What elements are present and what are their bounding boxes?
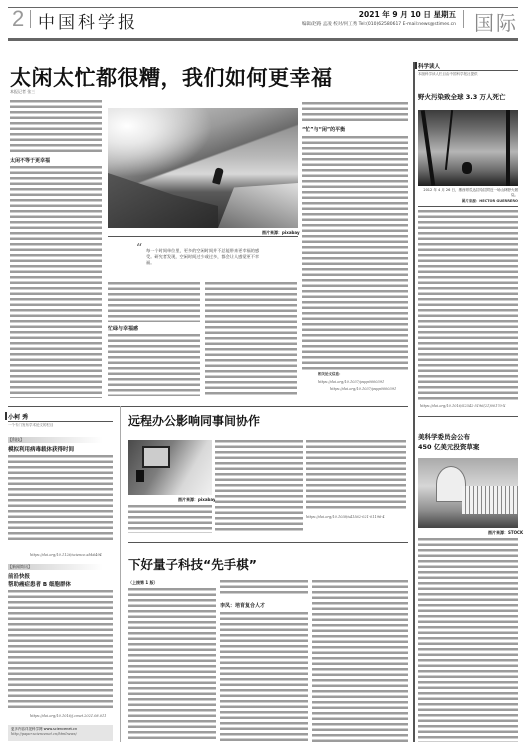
photo-credit: 图片来源：STOCK	[488, 530, 523, 536]
article-3-headline: 下好量子科技“先手棋”	[128, 555, 257, 573]
article-tag: 【新闻简讯】	[8, 564, 103, 570]
sidebar-body-text	[418, 538, 518, 742]
article-tag: 【科技】	[8, 437, 103, 443]
pull-quote: “ 每一个时间单位里，更多的空闲时间并不总能带来更幸福的感受。研究者发现，空闲时…	[146, 248, 266, 266]
lead-body-text	[302, 102, 408, 122]
section-name: 国际	[474, 7, 518, 36]
section-divider	[128, 542, 408, 543]
reference-link[interactable]: https://doi.org/10.1016/j.cmet.2021.08.0…	[30, 714, 106, 718]
lead-subhead: 忙碌与幸福感	[108, 325, 138, 332]
sidebar-body-text	[418, 210, 518, 402]
capitol-photo	[418, 458, 518, 528]
reference-link[interactable]: https://doi.org/10.1016/S2542-5196(21)00…	[420, 404, 505, 408]
remote-work-photo	[128, 440, 212, 495]
lead-body-text	[108, 282, 200, 322]
article-2-body-text	[215, 440, 303, 533]
article-2-body-text	[128, 505, 212, 533]
article-3-body-text	[128, 588, 216, 742]
sidebar-subtitle: 本版科学读人栏目由中国科学报社提供	[418, 72, 478, 77]
footer-link[interactable]: http://paper.sciencenet.cn/htmlnews/	[11, 732, 110, 737]
cup	[136, 470, 144, 482]
footer-notice: 更多内容详见科学网 www.sciencenet.cn http://paper…	[8, 725, 113, 741]
sidebar-border	[413, 62, 415, 742]
quote-mark-icon: “	[136, 245, 142, 251]
article-3-body-text	[220, 580, 308, 596]
article-3-body-text	[312, 580, 408, 742]
column-item-headline: 前沿快报	[8, 572, 30, 580]
lead-headline: 太闲太忙都很糟，我们如何更幸福	[10, 62, 333, 92]
masthead-bottom-rule	[8, 38, 518, 41]
byline: 本报记者 张三	[10, 89, 35, 95]
article-3-body-text	[220, 612, 308, 742]
column-divider	[120, 406, 121, 742]
sidebar-headline-wildfire: 野火污染致全球 3.3 万人死亡	[418, 92, 506, 101]
lead-body-text	[108, 334, 200, 396]
column-item-headline-2: 帮助癌症患者 B 细胞群体	[8, 580, 71, 588]
reference-link[interactable]: https://doi.org/10.1037/pspp0000391	[318, 380, 384, 384]
reference-link[interactable]: https://doi.org/10.1037/pspp0000391	[330, 387, 396, 391]
column-header: 小柯 秀	[8, 412, 28, 421]
article-3-subhead: 李凤：培育复合人才	[220, 602, 265, 609]
photo-credit: 图片来源：HECTOR GUERRERO	[418, 199, 518, 204]
masthead: 2 中国科学报 2021 年 9 月 10 日 星期五 编辑/赵路 孟凌 校对/…	[8, 8, 518, 32]
lead-subhead: “忙”与“闲”的平衡	[302, 126, 345, 133]
editor-contact: 编辑/赵路 孟凌 校对/何工秀 Tel:(010)62580617 E-mail…	[302, 21, 456, 27]
wildfire-photo	[418, 110, 518, 186]
issue-date: 2021 年 9 月 10 日 星期五	[359, 9, 456, 20]
lead-body-text	[302, 136, 408, 370]
sidebar-headline-congress: 美科学委员会公布	[418, 432, 470, 441]
column-rule	[8, 421, 113, 422]
lead-body-text	[10, 100, 102, 152]
article-2-headline: 远程办公影响同事间协作	[128, 412, 260, 429]
column-body-text	[8, 455, 113, 540]
references-label: 相关论文信息：	[318, 372, 343, 377]
page-number: 2	[12, 6, 24, 32]
runner-mountain-photo	[108, 108, 298, 228]
column-subheader: 一个专门发布学术论文的栏目	[8, 423, 54, 428]
reference-link[interactable]: https://doi.org/10.1126/science.abk6494	[30, 553, 102, 557]
runner-figure	[212, 167, 224, 185]
section-divider	[8, 406, 408, 407]
article-3-subhead: （上接第 1 版）	[128, 580, 158, 586]
capitol-wing	[462, 486, 518, 514]
sidebar-headline-congress-2: 450 亿美元投资草案	[418, 442, 479, 451]
lead-body-text	[10, 166, 102, 398]
sidebar-rule	[418, 206, 518, 207]
column-body-text	[8, 590, 113, 708]
sidebar-rule	[418, 416, 518, 417]
masthead-divider	[463, 10, 464, 28]
article-2-body-text	[306, 440, 406, 510]
photo-rule	[108, 236, 298, 237]
photo-credit: 图片来源：pixabay	[178, 497, 216, 503]
sidebar-section-title: 科学读人	[418, 62, 440, 70]
column-item-headline: 模拟利用病毒载体获得时间	[8, 445, 74, 453]
sidebar-rule	[418, 70, 518, 71]
reference-link[interactable]: https://doi.org/10.1038/s41562-021-01196…	[306, 515, 385, 519]
newspaper-logo: 中国科学报	[38, 8, 138, 33]
masthead-divider	[30, 10, 31, 28]
wildfire-caption: 2012 年 4 月 26 日，墨西哥瓜达拉哈拉附近一场山林野火燃烧。	[418, 188, 518, 197]
lead-subhead: 太闲不等于更幸福	[10, 157, 50, 164]
laptop-screen	[142, 446, 170, 468]
lead-body-text	[205, 282, 297, 396]
